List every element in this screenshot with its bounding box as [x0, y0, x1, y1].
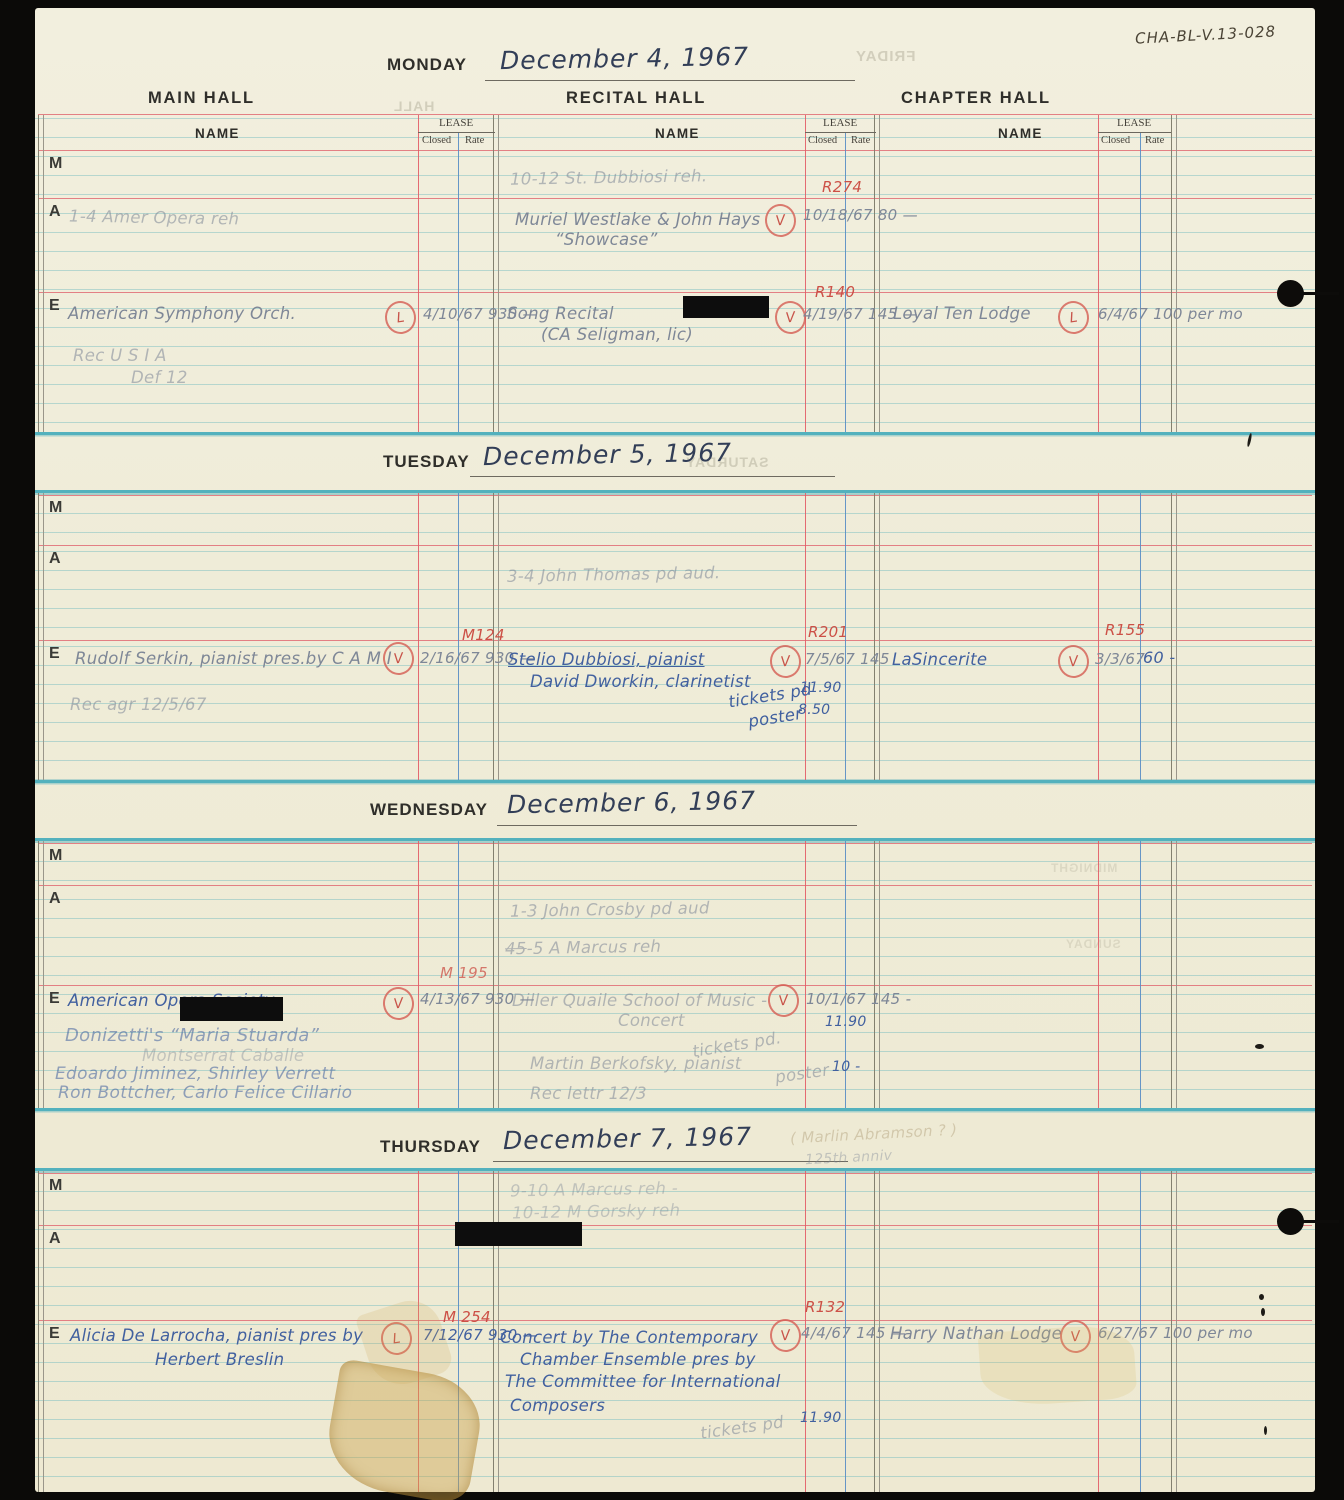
- entry-recital-evening-line2: (CA Seligman, lic): [541, 325, 693, 344]
- rule-line: [38, 885, 1312, 886]
- row-label-a: A: [49, 550, 61, 568]
- entry-main-evening-line5: Ron Bottcher, Carlo Felice Cillario: [58, 1083, 352, 1103]
- entry-recital-evening: Song Recital: [507, 304, 614, 323]
- day-title-thursday: THURSDAY: [380, 1137, 481, 1157]
- fee-amount: 11.90: [800, 680, 842, 696]
- entry-recital-evening-line2: Chamber Ensemble pres by: [520, 1350, 756, 1369]
- entry-chapter-evening: LaSincerite: [892, 650, 987, 669]
- lease-line-blue: [845, 132, 846, 432]
- lease-code: R201: [808, 623, 848, 641]
- block-border: [35, 780, 1315, 783]
- entry-recital-evening-line4: Rec lettr 12/3: [530, 1084, 647, 1103]
- lease-line-red: [1098, 493, 1099, 780]
- rule-line: [38, 1320, 1312, 1321]
- rule-line: [38, 1173, 1312, 1174]
- row-label-a: A: [49, 1230, 61, 1248]
- col-header-rate-recital: Rate: [851, 135, 870, 146]
- entry-recital-evening: Diller Quaile School of Music -: [512, 991, 767, 1010]
- date-annotation-line2: 125th anniv: [805, 1148, 893, 1169]
- entry-main-evening-line2: Herbert Breslin: [155, 1350, 284, 1369]
- entry-recital-afternoon: 1-3 John Crosby pd aud: [510, 898, 710, 920]
- col-header-name-recital: NAME: [655, 126, 700, 141]
- rule-line: [38, 1225, 1312, 1226]
- column-divider: [874, 493, 880, 780]
- ruling-monday: [35, 118, 1315, 432]
- block-border: [35, 432, 1315, 435]
- date-underline: [497, 825, 857, 826]
- column-divider: [874, 115, 880, 432]
- lease-closed-date: 3/3/67: [1095, 650, 1145, 668]
- bleedthrough-hall: HALL: [393, 98, 434, 114]
- redaction-box: [455, 1222, 582, 1246]
- rule-line: [38, 114, 1312, 115]
- entry-recital-afternoon: Muriel Westlake & John Hays: [515, 210, 760, 229]
- day-date-tuesday: December 5, 1967: [483, 438, 732, 471]
- day-title-tuesday: TUESDAY: [383, 452, 470, 472]
- entry-recital-evening-line4: Composers: [510, 1396, 605, 1415]
- lease-values: 7/5/67 145: [805, 650, 890, 668]
- row-label-a: A: [49, 203, 61, 221]
- ink-speck: [1259, 1294, 1264, 1300]
- date-annotation: ( Marlin Abramson ? ): [790, 1121, 958, 1148]
- rule-line: [38, 198, 1312, 199]
- column-divider: [493, 841, 499, 1108]
- entry-main-evening-line4: Edoardo Jiminez, Shirley Verrett: [55, 1064, 335, 1084]
- ink-speck: [1255, 1044, 1264, 1049]
- fee-amount2: 10 -: [832, 1059, 861, 1075]
- column-divider: [38, 115, 44, 432]
- lease-code: R274: [822, 178, 862, 196]
- entry-recital-evening-line2: Concert: [618, 1011, 685, 1030]
- punch-hole-bottom: [1277, 1208, 1304, 1235]
- lease-line-red: [418, 493, 419, 780]
- lease-line-blue: [1140, 841, 1141, 1108]
- lease-line-red: [418, 841, 419, 1108]
- entry-recital-afternoon: 3-4 John Thomas pd aud.: [507, 563, 721, 586]
- column-divider: [874, 841, 880, 1108]
- struck-text: 45: [505, 939, 527, 958]
- lease-code: M 195: [440, 964, 488, 982]
- punch-hole-top: [1277, 280, 1304, 307]
- lease-line-red: [805, 493, 806, 780]
- yellow-stain: [978, 1323, 1138, 1409]
- rule-line: [38, 843, 1312, 844]
- row-label-e: E: [49, 645, 60, 663]
- lease-code: R140: [815, 283, 855, 301]
- entry-recital-morning-line2: 10-12 M Gorsky reh: [512, 1201, 681, 1223]
- lease-line-red: [1098, 115, 1099, 432]
- column-divider: [1171, 115, 1177, 432]
- col-header-name-chapter: NAME: [998, 126, 1043, 141]
- block-border: [35, 1168, 1315, 1171]
- lease-line-red: [805, 115, 806, 432]
- redaction-box: [683, 296, 769, 318]
- entry-recital-evening: Concert by The Contemporary: [500, 1328, 758, 1347]
- lease-line-red: [418, 115, 419, 432]
- column-divider: [1171, 841, 1177, 1108]
- entry-recital-evening-line2: David Dworkin, clarinetist: [530, 672, 751, 691]
- redaction-box: [180, 997, 283, 1021]
- fee-amount: 11.90: [800, 1410, 842, 1426]
- lease-code: R155: [1105, 621, 1145, 639]
- hall-title-chapter: CHAPTER HALL: [901, 89, 1051, 108]
- col-header-closed-chapter: Closed: [1101, 135, 1130, 146]
- day-date-wednesday: December 6, 1967: [507, 786, 756, 819]
- col-header-lease-chapter: LEASE: [1117, 117, 1151, 129]
- lease-values: 10/1/67 145 -: [806, 990, 911, 1008]
- entry-recital-evening: Stelio Dubbiosi, pianist: [508, 650, 705, 669]
- rule-line: [38, 545, 1312, 546]
- row-label-m: M: [49, 847, 62, 865]
- day-date-thursday: December 7, 1967: [503, 1122, 752, 1155]
- row-label-e: E: [49, 297, 60, 315]
- date-underline: [493, 1161, 848, 1162]
- day-title-wednesday: WEDNESDAY: [370, 800, 488, 820]
- entry-main-evening: Alicia De Larrocha, pianist pres by: [70, 1326, 363, 1345]
- ink-speck: [1261, 1308, 1265, 1316]
- entry-recital-evening-line3: Martin Berkofsky, pianist: [530, 1054, 742, 1073]
- column-divider: [493, 115, 499, 432]
- ink-speck: [1264, 1426, 1267, 1435]
- lease-values: 6/4/67 100 per mo: [1098, 305, 1243, 323]
- col-header-lease-recital: LEASE: [823, 117, 857, 129]
- lease-box-line: [418, 132, 495, 133]
- row-label-e: E: [49, 990, 60, 1008]
- col-header-rate-chapter: Rate: [1145, 135, 1164, 146]
- lease-line-red: [1098, 841, 1099, 1108]
- lease-rate: 60 -: [1143, 648, 1175, 667]
- col-header-rate-main: Rate: [465, 135, 484, 146]
- row-label-m: M: [49, 499, 62, 517]
- block-border: [35, 838, 1315, 841]
- row-label-m: M: [49, 1177, 62, 1195]
- block-border: [35, 490, 1315, 493]
- entry-main-evening: American Symphony Orch.: [68, 304, 296, 323]
- column-divider: [1171, 493, 1177, 780]
- entry-main-evening-note: Rec agr 12/5/67: [70, 695, 207, 714]
- fee-amount: 11.90: [825, 1014, 867, 1030]
- lease-line-blue: [458, 493, 459, 780]
- entry-recital-afternoon-line2: “Showcase”: [555, 230, 658, 249]
- lease-line-blue: [1140, 132, 1141, 432]
- entry-main-evening: Rudolf Serkin, pianist pres.by C A M I: [75, 649, 392, 668]
- entry-chapter-evening: Loyal Ten Lodge: [893, 304, 1031, 323]
- col-header-closed-recital: Closed: [808, 135, 837, 146]
- row-label-a: A: [49, 890, 61, 908]
- date-underline: [470, 476, 835, 477]
- entry-main-afternoon: 1-4 Amer Opera reh: [69, 207, 240, 229]
- lease-line-blue: [458, 132, 459, 432]
- rule-line: [38, 292, 1312, 293]
- rule-line: [38, 495, 1312, 496]
- entry-recital-morning: 9-10 A Marcus reh -: [510, 1179, 678, 1201]
- entry-main-evening-line2: Donizetti's “Maria Stuarda”: [65, 1025, 319, 1046]
- col-header-name-main: NAME: [195, 126, 240, 141]
- row-label-m: M: [49, 155, 62, 173]
- lease-code: R132: [805, 1298, 845, 1316]
- rule-line: [38, 150, 1312, 151]
- entry-recital-morning: 10-12 St. Dubbiosi reh.: [510, 166, 708, 188]
- lease-code: M124: [462, 626, 505, 644]
- lease-code: M 254: [443, 1308, 491, 1326]
- entry-main-evening-note: Rec U S I A: [73, 346, 167, 365]
- entry-main-evening-note2: Def 12: [131, 368, 188, 387]
- bleedthrough-friday: FRIDAY: [855, 48, 915, 65]
- ledger-page: CHA-BL-V.13-028 FRIDAY HALL SATURDAY MID…: [35, 8, 1315, 1492]
- hall-title-main: MAIN HALL: [148, 89, 255, 108]
- day-title-monday: MONDAY: [387, 55, 467, 75]
- lease-values: 10/18/67 80 —: [803, 206, 918, 224]
- date-underline: [485, 80, 855, 81]
- day-date-monday: December 4, 1967: [500, 42, 749, 75]
- lease-box-line: [805, 132, 876, 133]
- col-header-closed-main: Closed: [422, 135, 451, 146]
- hall-title-recital: RECITAL HALL: [566, 89, 706, 108]
- rule-line: [38, 640, 1312, 641]
- block-border: [35, 1108, 1315, 1111]
- entry-recital-evening-line3: The Committee for International: [505, 1372, 781, 1391]
- fee-amount2: 8.50: [798, 702, 830, 718]
- column-divider: [38, 1171, 44, 1492]
- entry-text: -5 A Marcus reh: [526, 937, 661, 958]
- column-divider: [38, 493, 44, 780]
- lease-box-line: [1098, 132, 1171, 133]
- row-label-e: E: [49, 1325, 60, 1343]
- ledger-scan: CHA-BL-V.13-028 FRIDAY HALL SATURDAY MID…: [0, 0, 1344, 1500]
- rule-line: [38, 985, 1312, 986]
- column-divider: [38, 841, 44, 1108]
- catalog-number: CHA-BL-V.13-028: [1135, 22, 1277, 47]
- entry-main-evening-line3: Montserrat Caballe: [142, 1046, 304, 1065]
- col-header-lease-main: LEASE: [439, 117, 473, 129]
- entry-recital-afternoon-line2: 45-5 A Marcus reh: [505, 937, 662, 959]
